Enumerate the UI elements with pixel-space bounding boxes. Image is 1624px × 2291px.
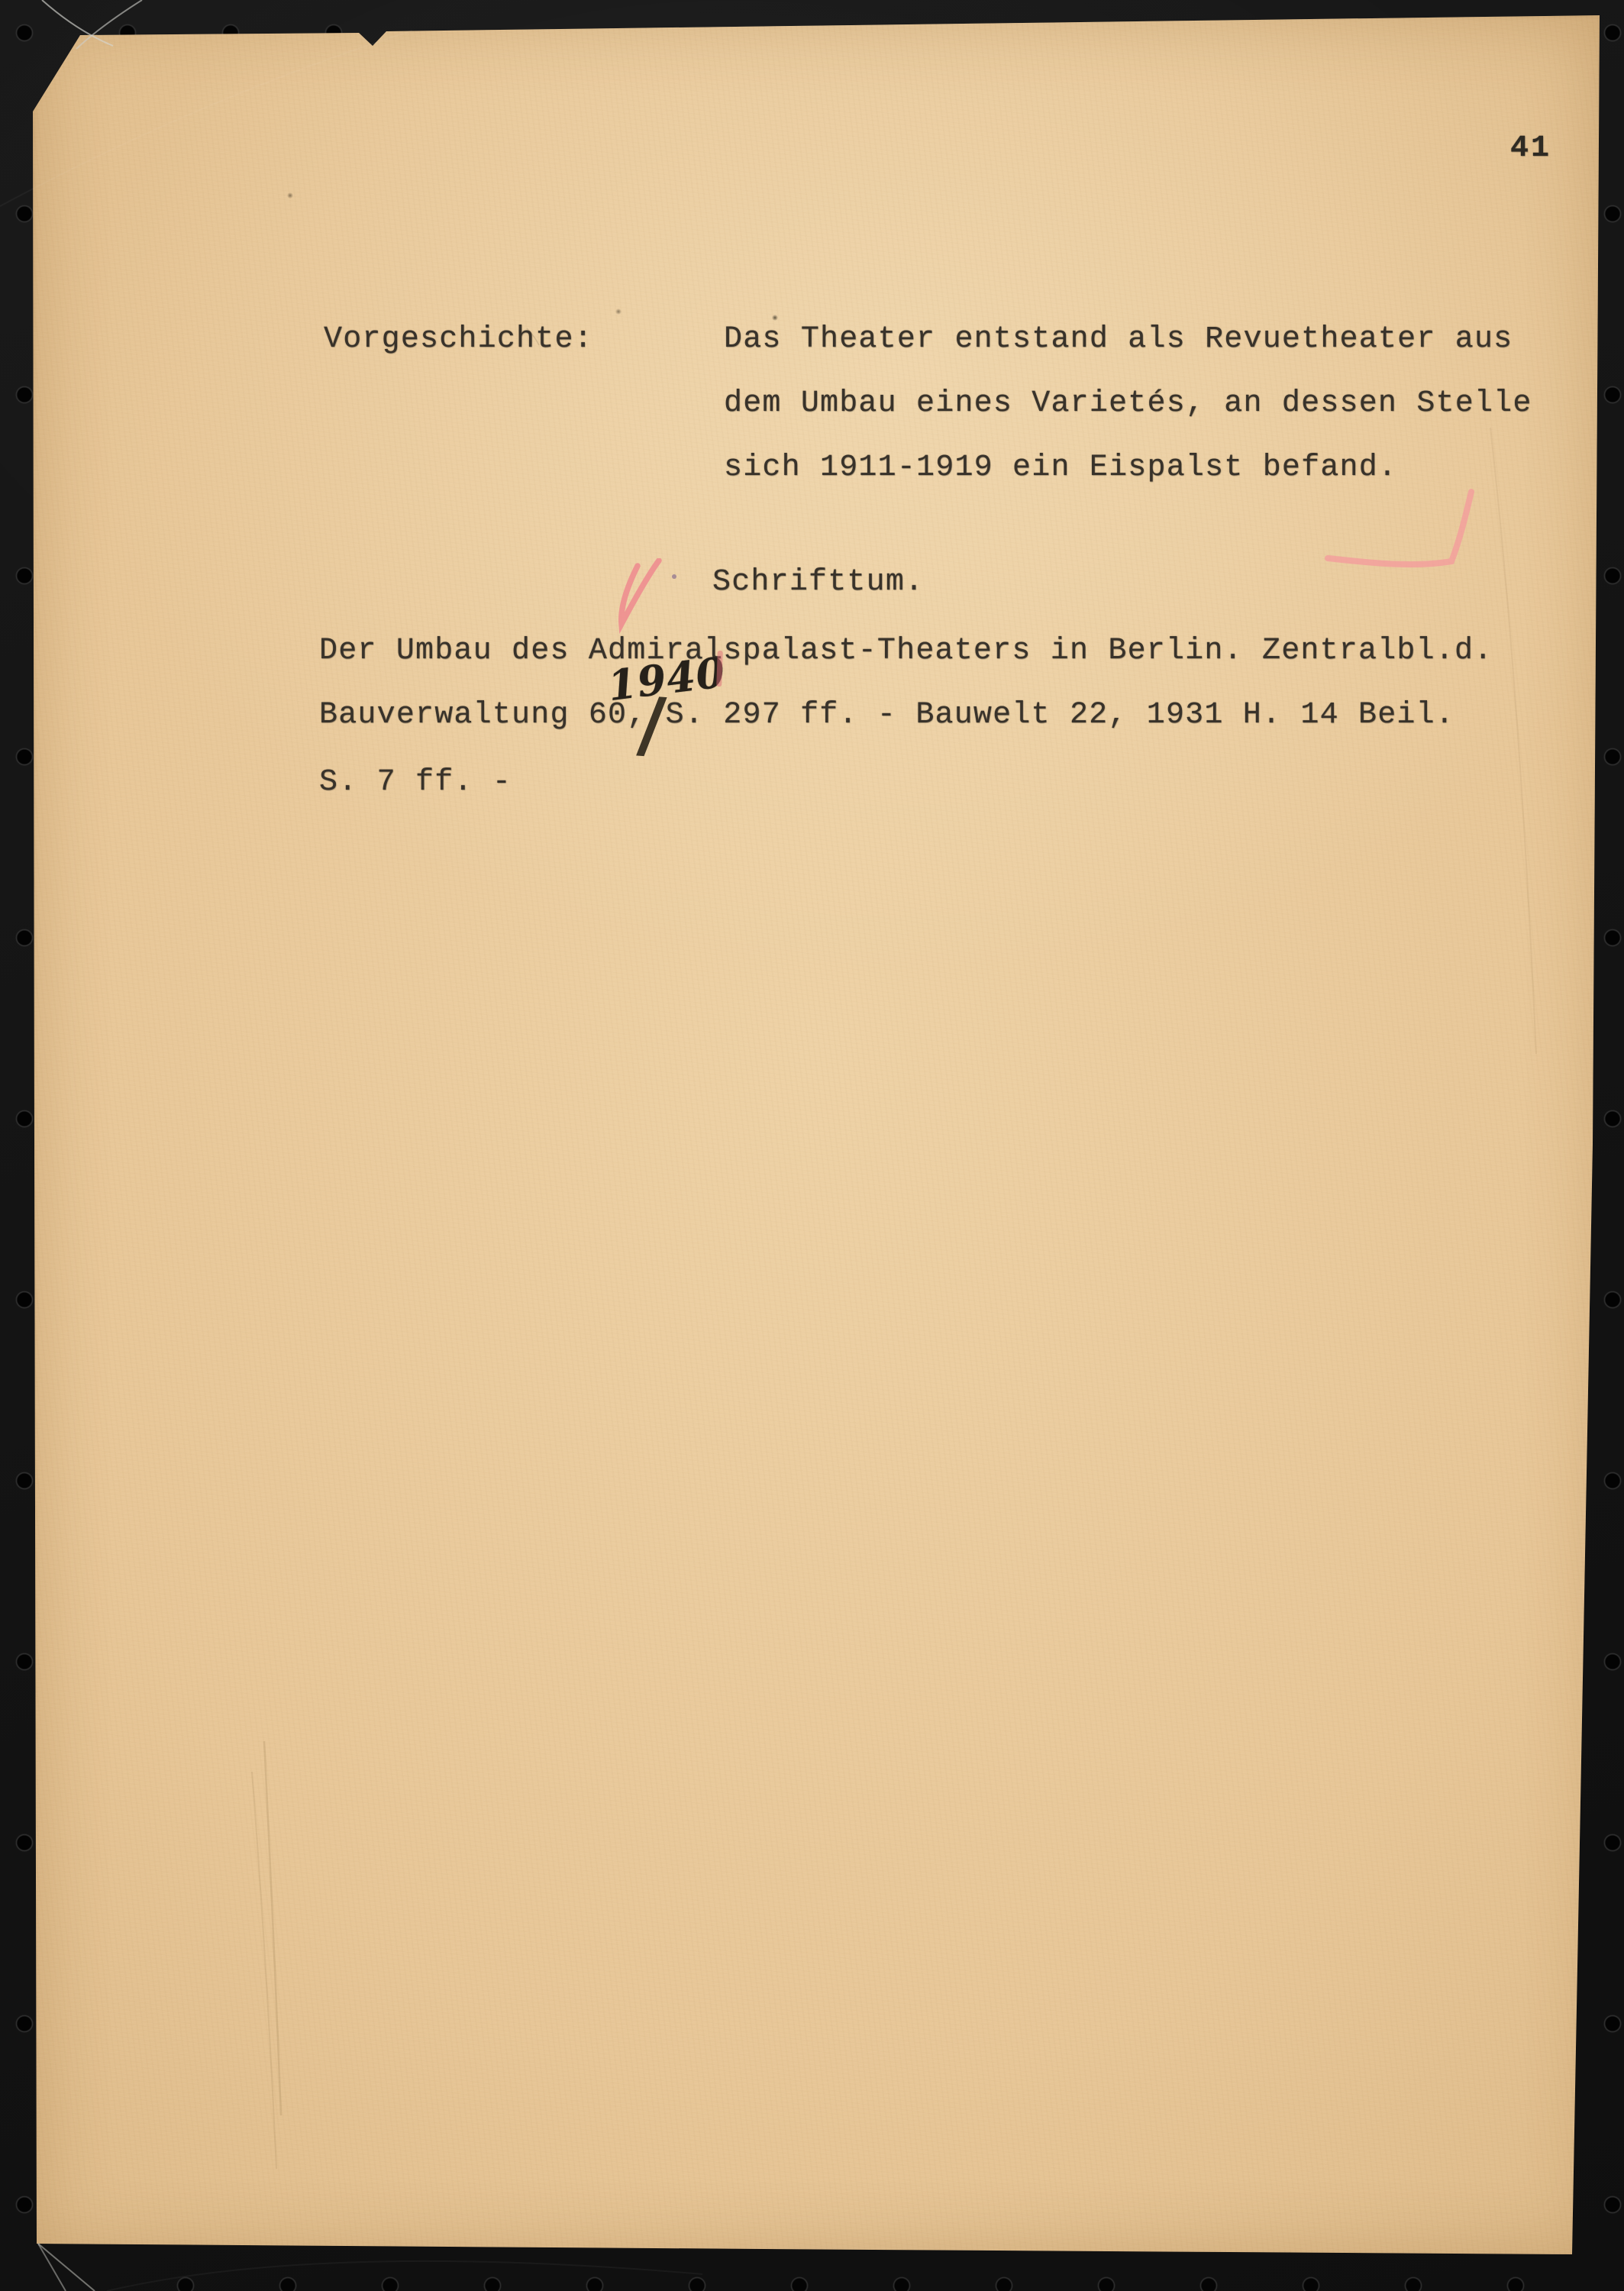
paper-scratches <box>0 0 1624 2291</box>
